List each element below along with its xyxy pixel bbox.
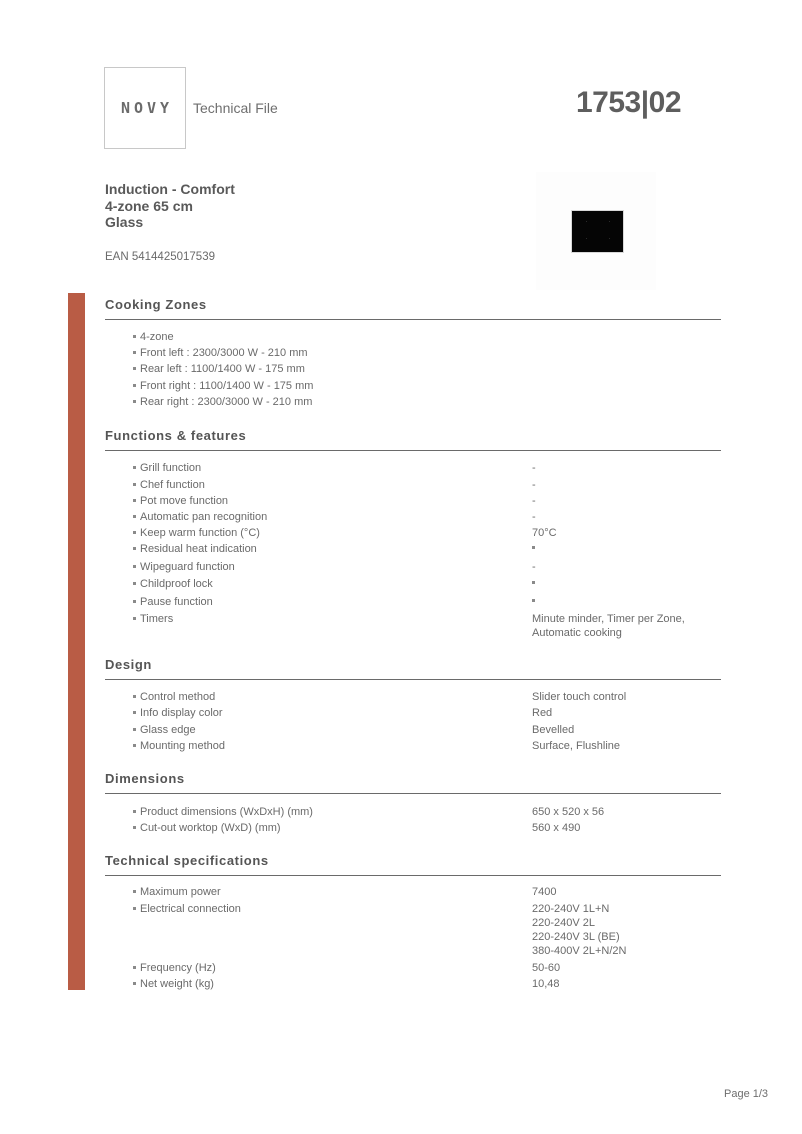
spec-label: Glass edge [140,723,196,737]
spec-label: Pot move function [140,494,228,508]
spec-label: Front left : 2300/3000 W - 210 mm [140,346,308,360]
bullet-icon [133,499,136,502]
spec-value: 50-60 [532,961,560,975]
check-mark-icon [532,581,535,584]
spec-label: Control method [140,690,215,704]
section-cooking-zones: Cooking Zones4-zoneFront left : 2300/300… [105,296,721,320]
bullet-icon [133,351,136,354]
bullet-icon [133,810,136,813]
feature-available-icon [532,542,535,556]
product-title-line: Glass [105,214,235,231]
section-title: Functions & features [105,427,721,445]
zone-marker [609,221,610,222]
bullet-icon [133,982,136,985]
section-technical-specifications: Technical specificationsMaximum power740… [105,852,721,876]
bullet-icon [133,728,136,731]
product-title: Induction - Comfort 4-zone 65 cm Glass [105,181,235,231]
spec-value: - [532,510,536,524]
section-design: DesignControl methodSlider touch control… [105,656,721,680]
check-mark-icon [532,599,535,602]
bullet-icon [133,531,136,534]
section-divider [105,793,721,794]
section-title: Dimensions [105,770,721,788]
bullet-icon [133,400,136,403]
section-dimensions: DimensionsProduct dimensions (WxDxH) (mm… [105,770,721,794]
brand-logo: NOVY [104,67,186,149]
spec-label: Keep warm function (°C) [140,526,260,540]
spec-value: Surface, Flushline [532,739,620,753]
spec-label: Maximum power [140,885,221,899]
feature-available-icon [532,577,535,591]
section-title: Technical specifications [105,852,721,870]
spec-value: 70°C [532,526,557,540]
product-title-line: Induction - Comfort [105,181,235,198]
spec-value: 220-240V 1L+N 220-240V 2L 220-240V 3L (B… [532,902,626,958]
spec-value: Slider touch control [532,690,626,704]
product-image [571,210,624,253]
page-number: Page 1/3 [724,1088,768,1100]
spec-label: Residual heat indication [140,542,257,556]
spec-value: - [532,478,536,492]
bullet-icon [133,547,136,550]
spec-value: - [532,494,536,508]
spec-value: - [532,560,536,574]
bullet-icon [133,617,136,620]
spec-value: Minute minder, Timer per Zone, Automatic… [532,612,685,640]
spec-label: Rear right : 2300/3000 W - 210 mm [140,395,312,409]
spec-label: Electrical connection [140,902,241,916]
spec-label: Info display color [140,706,223,720]
bullet-icon [133,384,136,387]
bullet-icon [133,367,136,370]
bullet-icon [133,890,136,893]
section-divider [105,319,721,320]
document-type: Technical File [193,100,278,116]
zone-marker [586,221,587,222]
bullet-icon [133,466,136,469]
spec-value: Red [532,706,552,720]
zone-marker [609,238,610,239]
check-mark-icon [532,546,535,549]
section-title: Cooking Zones [105,296,721,314]
spec-label: Childproof lock [140,577,213,591]
spec-label: Pause function [140,595,213,609]
spec-value: 560 x 490 [532,821,580,835]
bullet-icon [133,582,136,585]
bullet-icon [133,711,136,714]
bullet-icon [133,600,136,603]
bullet-icon [133,335,136,338]
brand-name: NOVY [121,99,173,117]
spec-label: 4-zone [140,330,174,344]
bullet-icon [133,695,136,698]
bullet-icon [133,907,136,910]
spec-label: Wipeguard function [140,560,235,574]
section-divider [105,679,721,680]
spec-label: Product dimensions (WxDxH) (mm) [140,805,313,819]
bullet-icon [133,966,136,969]
spec-value: - [532,461,536,475]
bullet-icon [133,515,136,518]
section-divider [105,450,721,451]
bullet-icon [133,744,136,747]
section-divider [105,875,721,876]
accent-bar [68,293,85,990]
bullet-icon [133,826,136,829]
spec-label: Chef function [140,478,205,492]
bullet-icon [133,483,136,486]
spec-label: Net weight (kg) [140,977,214,991]
spec-label: Timers [140,612,173,626]
spec-label: Rear left : 1100/1400 W - 175 mm [140,362,305,376]
section-title: Design [105,656,721,674]
feature-available-icon [532,595,535,609]
spec-label: Frequency (Hz) [140,961,216,975]
spec-value: 650 x 520 x 56 [532,805,604,819]
spec-label: Mounting method [140,739,225,753]
spec-label: Front right : 1100/1400 W - 175 mm [140,379,313,393]
spec-value: 10,48 [532,977,560,991]
bullet-icon [133,565,136,568]
spec-label: Cut-out worktop (WxD) (mm) [140,821,281,835]
document-code: 1753|02 [576,86,681,120]
product-title-line: 4-zone 65 cm [105,198,235,215]
spec-value: 7400 [532,885,556,899]
spec-label: Grill function [140,461,201,475]
spec-value: Bevelled [532,723,574,737]
section-functions-features: Functions & featuresGrill function-Chef … [105,427,721,451]
ean-code: EAN 5414425017539 [105,251,215,263]
spec-label: Automatic pan recognition [140,510,267,524]
zone-marker [586,238,587,239]
